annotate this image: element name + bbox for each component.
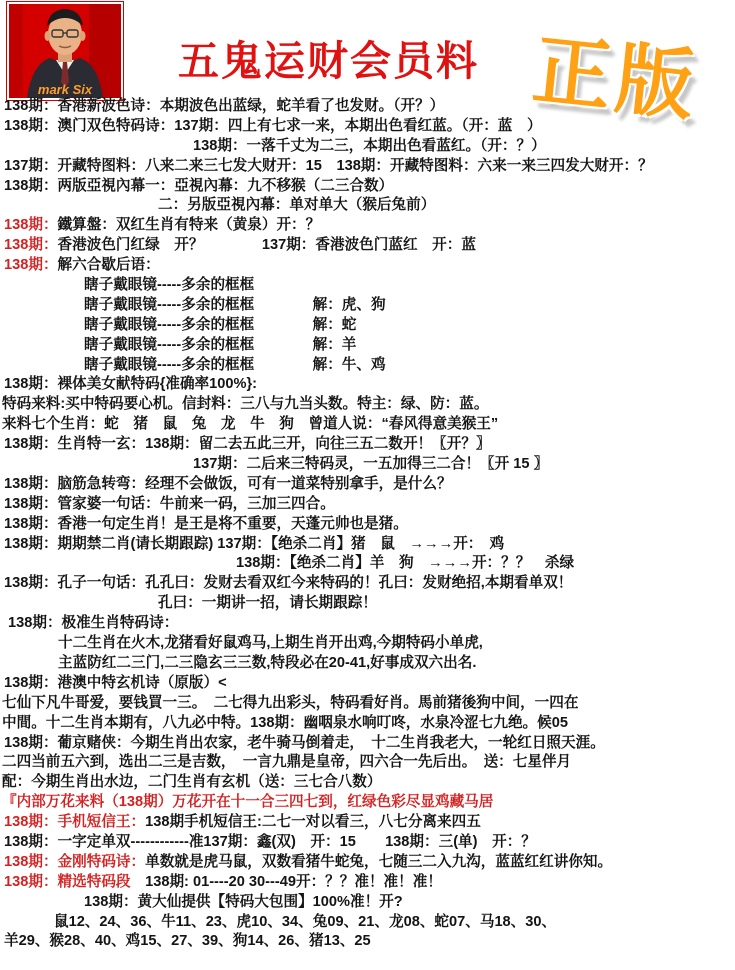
text-segment: 138期：葡京赌侠：今期生肖出农家，老牛骑马倒着走， 十二生肖我老大，一轮红日照… bbox=[4, 735, 605, 751]
text-line: 138期：极准生肖特码诗： bbox=[0, 614, 735, 634]
content-lines: 138期：香港新波色诗：本期波色出蓝绿，蛇羊看了也发财。（开？）138期：澳门双… bbox=[0, 97, 735, 952]
text-line: 138期：孔子一句话：孔孔曰：发财去看双红今来特码的！孔曰：发财绝招,本期看单双… bbox=[0, 574, 735, 594]
text-segment: 中間。十二生肖本期有，八九必中特。138期：幽咽泉水响叮咚，水泉冷涩七九绝。候0… bbox=[2, 715, 568, 731]
text-segment: 138期：生肖特一玄：138期：留二去五此三开，向往三五二数开！〖开？〗 bbox=[4, 436, 491, 452]
text-line: 138期：管家婆一句话：牛前来一码，三加三四合。 bbox=[0, 495, 735, 515]
portrait-photo: mark Six bbox=[6, 1, 124, 101]
text-segment: 138期：精选特码段 bbox=[4, 874, 131, 890]
text-segment: 瞎子戴眼镜-----多余的框框 解：羊 bbox=[84, 337, 356, 353]
text-line: 鼠12、24、36、牛11、23、虎10、34、兔09、21、龙08、蛇07、马… bbox=[0, 913, 735, 933]
text-line: 138期：精选特码段 138期: 01----20 30---49开：？？准！准… bbox=[0, 873, 735, 893]
text-segment: 二：另版亞視內幕：单对单大（猴后兔前） bbox=[158, 197, 435, 213]
text-segment: 瞎子戴眼镜-----多余的框框 解：蛇 bbox=[84, 317, 356, 333]
text-segment: 137期：开藏特图料：八来二来三七发大财开：15 138期：开藏特图料：六来一来… bbox=[4, 158, 653, 174]
text-line: 138期：手机短信王：138期手机短信王:二七一对以看三，八七分离来四五 bbox=[0, 813, 735, 833]
text-segment: 138期： bbox=[4, 257, 58, 273]
text-line: 138期：两版亞視內幕一：亞視內幕：九不移猴（二三合数） bbox=[0, 177, 735, 197]
text-line: 138期：黄大仙提供【特码大包围】100%准！开? bbox=[0, 893, 735, 913]
text-segment: 138期：香港新波色诗：本期波色出蓝绿，蛇羊看了也发财。（开？） bbox=[4, 98, 444, 114]
text-line: 138期：解六合歇后语： bbox=[0, 256, 735, 276]
text-line: 138期：葡京赌侠：今期生肖出农家，老牛骑马倒着走， 十二生肖我老大，一轮红日照… bbox=[0, 734, 735, 754]
text-segment: 138期：黄大仙提供【特码大包围】100%准！开? bbox=[84, 894, 403, 910]
text-segment: 138期：一落千丈为二三，本期出色看蓝红。（开：？） bbox=[193, 138, 546, 154]
text-segment: 138期：金刚特码诗： bbox=[4, 854, 145, 870]
text-segment: 来料七个生肖：蛇 猪 鼠 兔 龙 牛 狗 曾道人说：“春风得意美猴王” bbox=[2, 416, 498, 432]
text-segment: 鐵算盤：双红生肖有特来（黄泉）开：？ bbox=[58, 217, 321, 233]
text-line: 瞎子戴眼镜-----多余的框框 解：虎、狗 bbox=[0, 296, 735, 316]
text-line: 138期：一落千丈为二三，本期出色看蓝红。（开：？） bbox=[0, 137, 735, 157]
text-line: 二：另版亞視內幕：单对单大（猴后兔前） bbox=[0, 196, 735, 216]
text-segment: 七仙下凡牛哥爱，要钱買一三。 二七得九出彩头，特码看好肖。馬前猪後狗中间，一四在 bbox=[2, 695, 578, 711]
text-segment: 138期：管家婆一句话：牛前来一码，三加三四合。 bbox=[4, 496, 335, 512]
text-segment: 138期：极准生肖特码诗： bbox=[8, 615, 178, 631]
text-line: 来料七个生肖：蛇 猪 鼠 兔 龙 牛 狗 曾道人说：“春风得意美猴王” bbox=[0, 415, 735, 435]
text-line: 孔曰：一期讲一招，请长期跟踪！ bbox=[0, 594, 735, 614]
text-segment: 香港波色门红绿 开？ 137期：香港波色门蓝红 开：蓝 bbox=[58, 237, 476, 253]
text-segment: 138期：期期禁二肖(请长期跟踪) 137期：【绝杀二肖】猪 鼠 →→→开： 鸡 bbox=[4, 536, 504, 552]
photo-watermark: mark Six bbox=[38, 82, 93, 97]
text-segment: 瞎子戴眼镜-----多余的框框 解：牛、鸡 bbox=[84, 357, 386, 373]
text-line: 137期：开藏特图料：八来二来三七发大财开：15 138期：开藏特图料：六来一来… bbox=[0, 157, 735, 177]
text-segment: 特码来料:买中特码要心机。信封料：三八与九当头数。特主：绿、防：蓝。 bbox=[2, 396, 488, 412]
text-segment: 单数就是虎马鼠，双数看猪牛蛇兔，七随三二入九沟，蓝蓝红红讲你知。 bbox=[145, 854, 612, 870]
text-line: 配：今期生肖出水边，二门生肖有玄机（送：三七合八数） bbox=[0, 773, 735, 793]
text-line: 138期：一字定单双------------准137期：鑫(双) 开：15 13… bbox=[0, 833, 735, 853]
text-segment: 十二生肖在火木,龙猪看好鼠鸡马,上期生肖开出鸡,今期特码小单虎, bbox=[58, 635, 483, 651]
text-line: 『内部万花来料（138期）万花开在十一合三四七到，红绿色彩尽显鸡藏马居 bbox=[0, 793, 735, 813]
text-segment: 鼠12、24、36、牛11、23、虎10、34、兔09、21、龙08、蛇07、马… bbox=[54, 914, 556, 930]
text-segment: 解六合歇后语： bbox=[58, 257, 160, 273]
portrait-photo-image: mark Six bbox=[9, 4, 121, 98]
text-line: 138期：香港波色门红绿 开？ 137期：香港波色门蓝红 开：蓝 bbox=[0, 236, 735, 256]
text-segment: 配：今期生肖出水边，二门生肖有玄机（送：三七合八数） bbox=[2, 774, 381, 790]
text-line: 138期：金刚特码诗：单数就是虎马鼠，双数看猪牛蛇兔，七随三二入九沟，蓝蓝红红讲… bbox=[0, 853, 735, 873]
text-line: 十二生肖在火木,龙猪看好鼠鸡马,上期生肖开出鸡,今期特码小单虎, bbox=[0, 634, 735, 654]
text-segment: 主蓝防红二三门,二三隐玄三三数,特段必在20-41,好事成双六出名. bbox=[58, 655, 476, 671]
text-segment: 138期：手机短信王： bbox=[4, 814, 145, 830]
text-segment: 138期： bbox=[4, 217, 58, 233]
text-segment: 138期手机短信王:二七一对以看三，八七分离来四五 bbox=[145, 814, 481, 830]
text-segment: 138期：【绝杀二肖】羊 狗 →→→开：？？ 杀绿 bbox=[236, 555, 574, 571]
flyer-page: mark Six 五鬼运财会员料 正版 138期：香港新波色诗：本期波色出蓝绿，… bbox=[0, 0, 735, 970]
text-segment: 二四当前五六到，选出二三是吉数， 一言九鼎是皇帝，四六合一先后出。 送：七星伴月 bbox=[2, 754, 571, 770]
text-segment: 138期：港澳中特玄机诗（原版）< bbox=[4, 675, 227, 691]
text-segment: 瞎子戴眼镜-----多余的框框 解：虎、狗 bbox=[84, 297, 386, 313]
text-line: 特码来料:买中特码要心机。信封料：三八与九当头数。特主：绿、防：蓝。 bbox=[0, 395, 735, 415]
text-line: 羊29、猴28、40、鸡15、27、39、狗14、26、猪13、25 bbox=[0, 932, 735, 952]
text-segment: 138期：孔子一句话：孔孔曰：发财去看双红今来特码的！孔曰：发财绝招,本期看单双… bbox=[4, 575, 572, 591]
text-line: 138期：裸体美女献特码{准确率100%}: bbox=[0, 375, 735, 395]
text-segment: 瞎子戴眼镜-----多余的框框 bbox=[84, 277, 254, 293]
text-line: 138期：脑筋急转弯：经理不会做饭，可有一道菜特别拿手，是什么？ bbox=[0, 475, 735, 495]
text-line: 138期：期期禁二肖(请长期跟踪) 137期：【绝杀二肖】猪 鼠 →→→开： 鸡 bbox=[0, 535, 735, 555]
text-line: 瞎子戴眼镜-----多余的框框 解：羊 bbox=[0, 336, 735, 356]
text-line: 瞎子戴眼镜-----多余的框框 bbox=[0, 276, 735, 296]
text-line: 七仙下凡牛哥爱，要钱買一三。 二七得九出彩头，特码看好肖。馬前猪後狗中间，一四在 bbox=[0, 694, 735, 714]
text-segment: 138期：两版亞視內幕一：亞視內幕：九不移猴（二三合数） bbox=[4, 178, 393, 194]
text-line: 138期：香港一句定生肖！是王是将不重要，天蓬元帅也是猪。 bbox=[0, 515, 735, 535]
text-line: 二四当前五六到，选出二三是吉数， 一言九鼎是皇帝，四六合一先后出。 送：七星伴月 bbox=[0, 753, 735, 773]
text-segment: 138期： bbox=[4, 237, 58, 253]
text-line: 138期：生肖特一玄：138期：留二去五此三开，向往三五二数开！〖开？〗 bbox=[0, 435, 735, 455]
text-line: 瞎子戴眼镜-----多余的框框 解：牛、鸡 bbox=[0, 356, 735, 376]
text-line: 138期：【绝杀二肖】羊 狗 →→→开：？？ 杀绿 bbox=[0, 554, 735, 574]
text-line: 138期：澳门双色特码诗：137期：四上有七求一来，本期出色看红蓝。（开：蓝 ） bbox=[0, 117, 735, 137]
text-segment: 138期：澳门双色特码诗：137期：四上有七求一来，本期出色看红蓝。（开：蓝 ） bbox=[4, 118, 542, 134]
text-segment: 138期：裸体美女献特码{准确率100%}: bbox=[4, 376, 257, 392]
text-segment: 138期: 01----20 30---49开：？？准！准！准！ bbox=[131, 874, 442, 890]
page-title: 五鬼运财会员料 bbox=[178, 28, 479, 87]
text-segment: 『内部万花来料（138期）万花开在十一合三四七到，红绿色彩尽显鸡藏马居 bbox=[2, 794, 493, 810]
text-line: 瞎子戴眼镜-----多余的框框 解：蛇 bbox=[0, 316, 735, 336]
text-segment: 孔曰：一期讲一招，请长期跟踪！ bbox=[158, 595, 377, 611]
text-line: 主蓝防红二三门,二三隐玄三三数,特段必在20-41,好事成双六出名. bbox=[0, 654, 735, 674]
text-line: 138期：鐵算盤：双红生肖有特来（黄泉）开：？ bbox=[0, 216, 735, 236]
text-segment: 羊29、猴28、40、鸡15、27、39、狗14、26、猪13、25 bbox=[4, 933, 371, 949]
text-segment: 138期：香港一句定生肖！是王是将不重要，天蓬元帅也是猪。 bbox=[4, 516, 408, 532]
text-line: 138期：港澳中特玄机诗（原版）< bbox=[0, 674, 735, 694]
text-line: 138期：香港新波色诗：本期波色出蓝绿，蛇羊看了也发财。（开？） bbox=[0, 97, 735, 117]
text-line: 中間。十二生肖本期有，八九必中特。138期：幽咽泉水响叮咚，水泉冷涩七九绝。候0… bbox=[0, 714, 735, 734]
text-segment: 138期：一字定单双------------准137期：鑫(双) 开：15 13… bbox=[4, 834, 536, 850]
text-segment: 137期：二后来三特码灵，一五加得三二合！〖开 15 〗 bbox=[193, 456, 548, 472]
text-segment: 138期：脑筋急转弯：经理不会做饭，可有一道菜特别拿手，是什么？ bbox=[4, 476, 452, 492]
text-line: 137期：二后来三特码灵，一五加得三二合！〖开 15 〗 bbox=[0, 455, 735, 475]
